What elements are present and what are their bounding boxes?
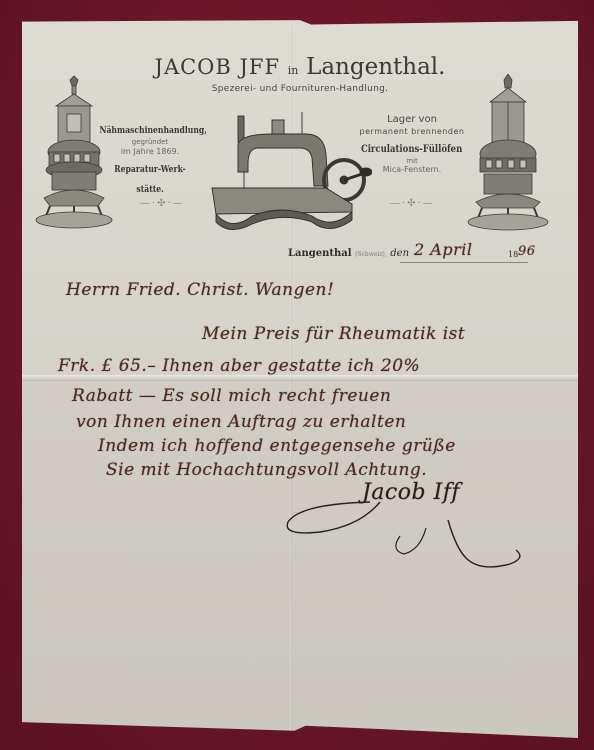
year-prefix: 18 [508,250,518,259]
dateline-country: (Schweiz), [355,251,387,258]
company-city: Langenthal. [306,54,445,80]
left-ornament: —·✣·— [140,198,185,209]
letter-line-6: Sie mit Hochachtungsvoll Achtung. [106,460,427,480]
right-line-5: Mica-Fenstern. [342,165,482,175]
dateline-den: den [390,248,409,259]
year-handwritten: 96 [518,244,536,259]
letter-line-3: Rabatt — Es soll mich recht freuen [72,386,391,406]
right-line-3: Circulations-Füllöfen [361,144,462,157]
right-line-1: Lager von [342,114,482,127]
date-rule [400,262,528,263]
right-info-block: Lager von permanent brennenden Circulati… [342,114,482,175]
left-line-4: Reparatur-Werk- [114,165,185,176]
right-line-4: mit [342,157,482,166]
letter-line-5: Indem ich hoffend entgegensehe grüße [98,436,456,456]
letter-line-2: Frk. £ 65.– Ihnen aber gestatte ich 20% [58,356,420,376]
left-line-1: Nähmaschinenhandlung, [99,126,206,137]
salutation: Herrn Fried. Christ. Wangen! [66,280,334,300]
left-line-5: stätte. [136,185,163,196]
letter-paper: JACOB JFF in Langenthal. Spezerei- und F… [22,18,578,738]
left-line-3: im Jahre 1869. [90,147,210,157]
letter-line-4: von Ihnen einen Auftrag zu erhalten [76,412,406,432]
handwritten-date: 2 April [414,240,472,259]
title-connector: in [288,64,299,77]
left-line-2: gegründet [90,138,210,147]
dateline-place: Langenthal [288,248,352,259]
right-line-2: permanent brennenden [342,127,482,137]
dateline: Langenthal (Schweiz), den [288,248,409,259]
stove-right-illustration [466,74,550,234]
left-info-block: Nähmaschinenhandlung, gegründet im Jahre… [90,118,210,197]
company-name: JACOB JFF [155,55,281,79]
letter-line-1: Mein Preis für Rheumatik ist [202,324,465,344]
signature-flourish [280,488,540,598]
right-ornament: —·✣·— [390,198,435,209]
